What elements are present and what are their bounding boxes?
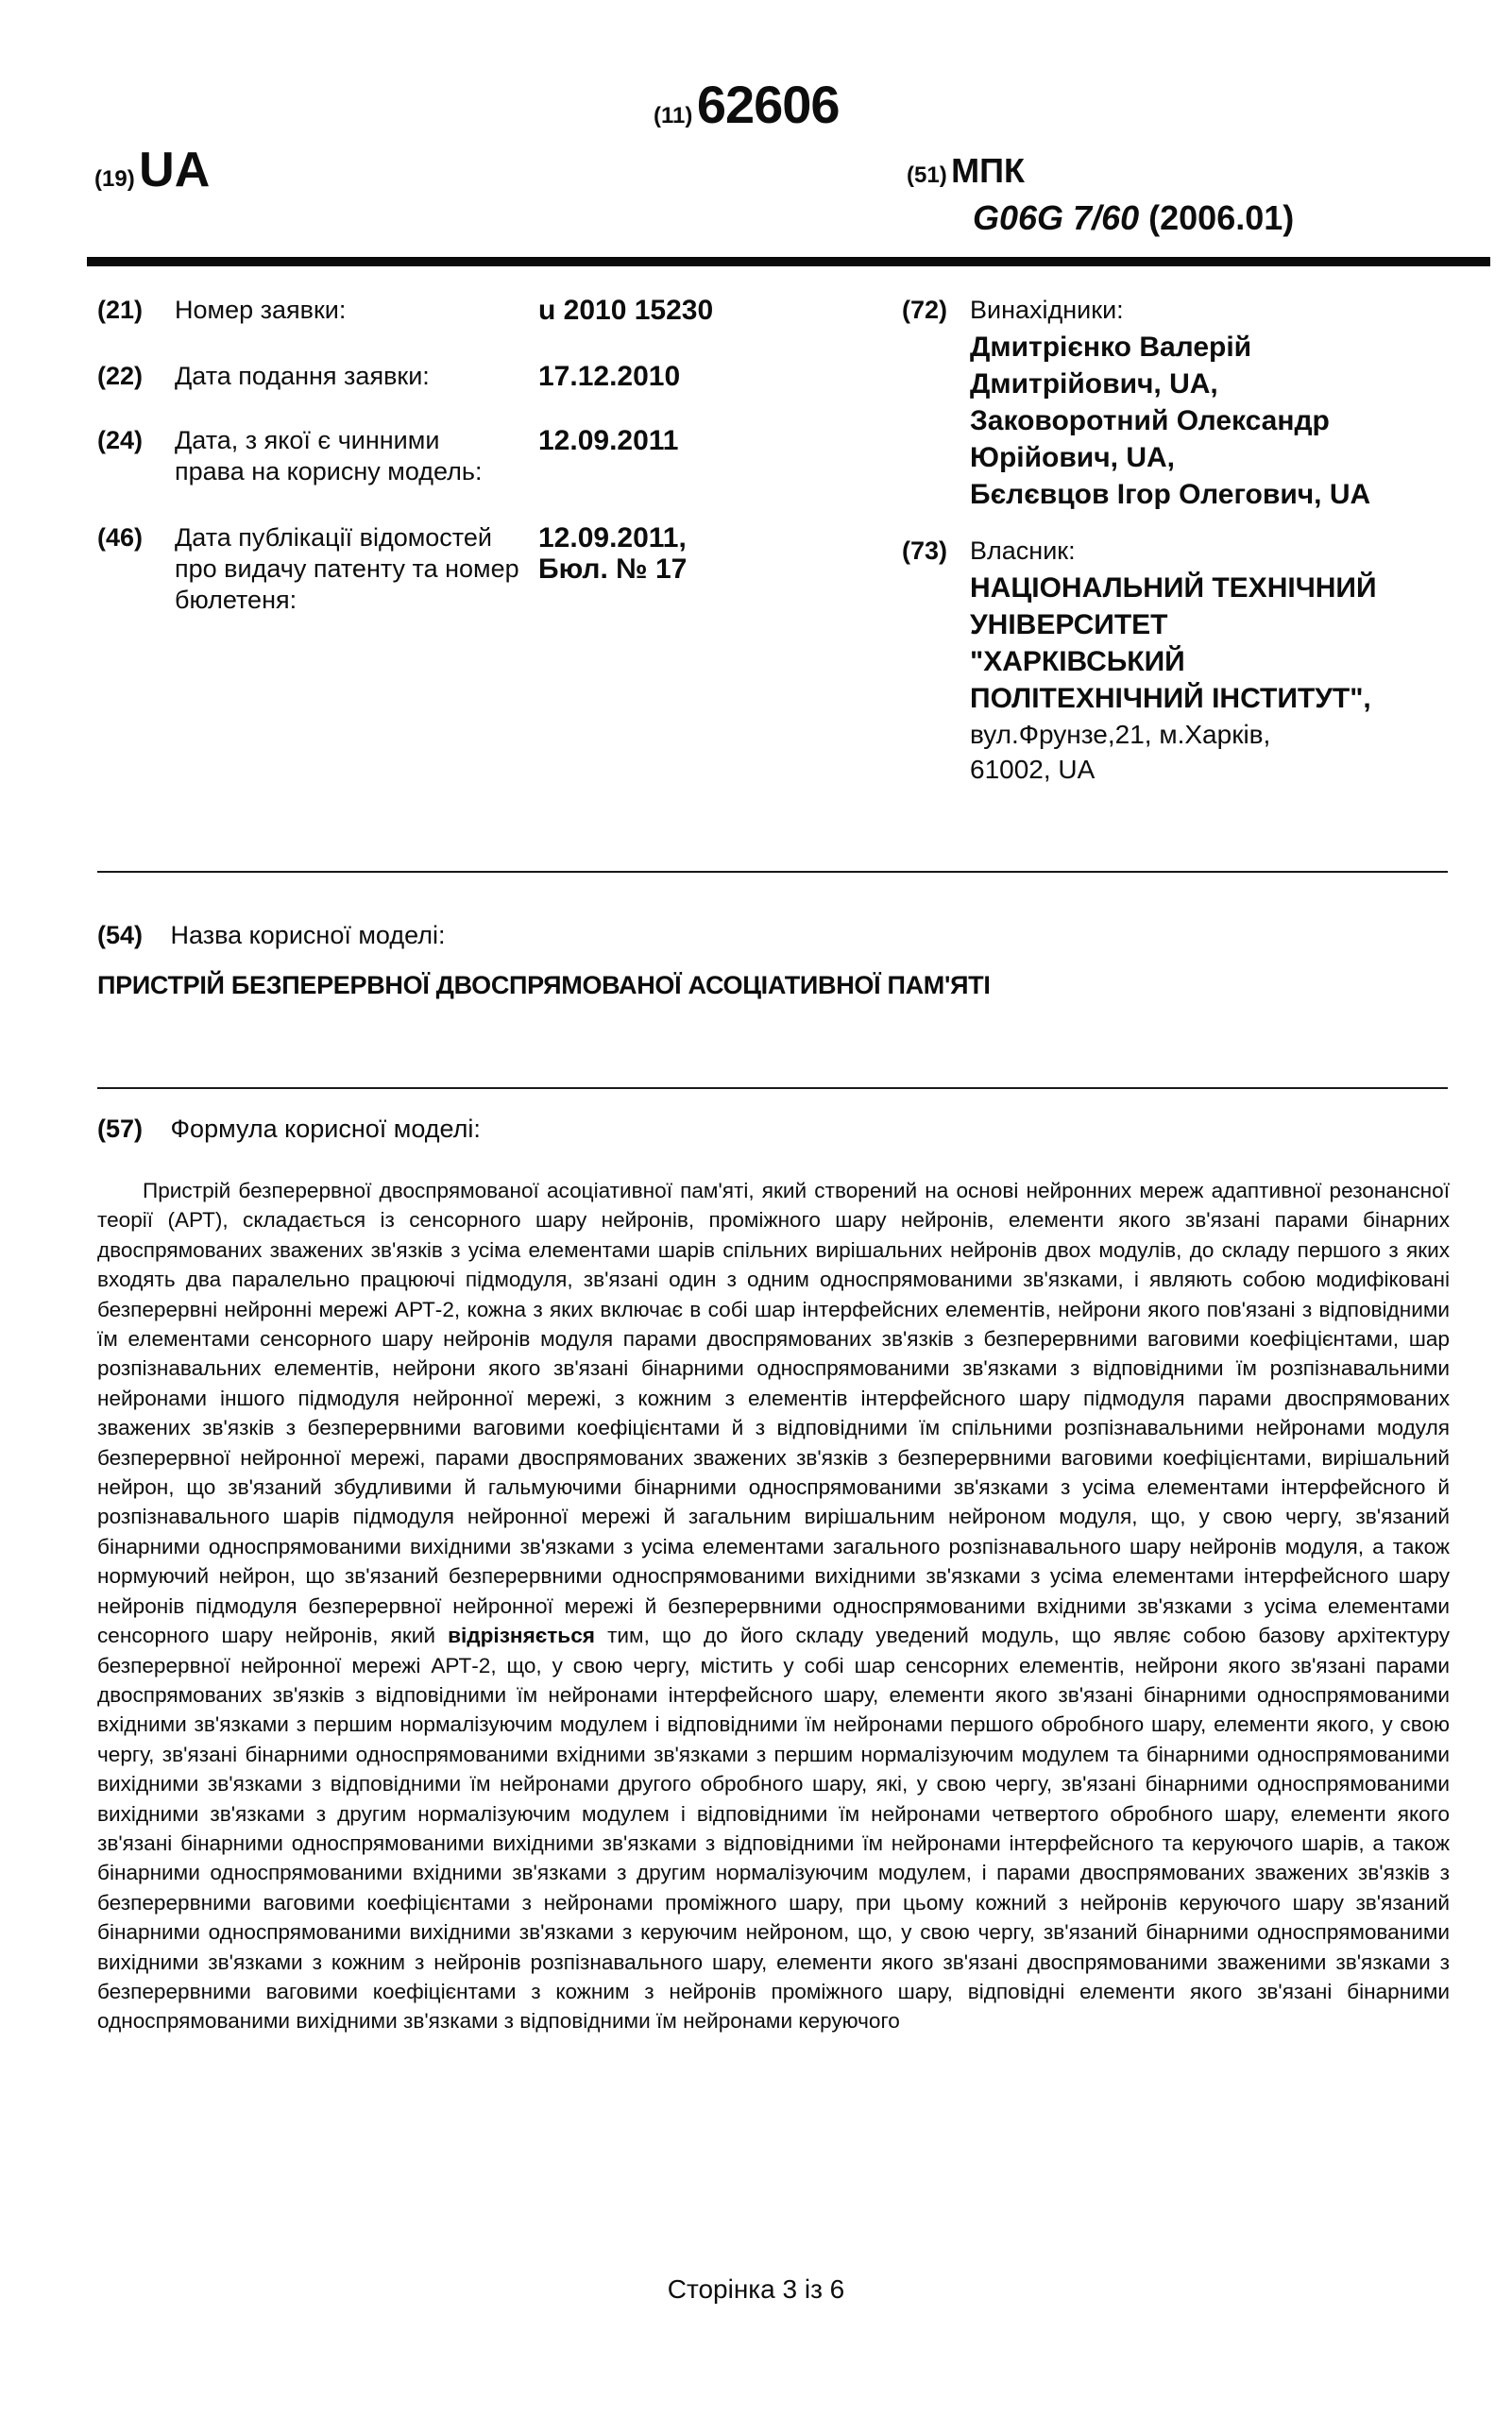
claims-text-part: Пристрій безперервної двоспрямованої асо… [97, 1179, 1450, 1647]
claims-distinguishing-word: відрізняється [448, 1624, 595, 1647]
country-code-label: (19) [94, 166, 135, 192]
owner-address-line: 61002, UA [970, 752, 1499, 787]
section-divider [97, 871, 1448, 873]
field-value: 17.12.2010 [538, 361, 680, 392]
inventor-line: Юрійович, UA, [970, 439, 1499, 476]
field-code: (72) [902, 295, 947, 326]
publication-date-value: 12.09.2011, [538, 522, 687, 553]
publication-number-value: 62606 [697, 75, 840, 134]
publication-number-code: (11) [654, 103, 692, 128]
claims-text-part: тим, що до його складу уведений модуль, … [97, 1624, 1450, 2033]
inventor-line: Заковоротний Олександр [970, 402, 1499, 439]
field-label: Винахідники: [970, 295, 1124, 326]
country-code-value: UA [139, 143, 210, 197]
utility-model-title: ПРИСТРІЙ БЕЗПЕРЕРВНОЇ ДВОСПРЯМОВАНОЇ АСО… [97, 971, 991, 1000]
country-code: (19) UA [94, 142, 210, 198]
ipc-block: (51) МПК [907, 151, 1025, 191]
field-code: (57) [97, 1115, 143, 1143]
field-label: Формула корисної моделі: [171, 1115, 481, 1143]
field-label: Дата, з якої є чинними права на корисну … [175, 425, 515, 487]
publication-number: (11) 62606 [654, 74, 840, 135]
inventor-line: Дмитрійович, UA, [970, 366, 1499, 402]
inventors-list: Дмитрієнко Валерій Дмитрійович, UA, Зако… [970, 329, 1499, 513]
owner-name-line: "ХАРКІВСЬКИЙ [970, 643, 1499, 680]
title-section-header: (54) Назва корисної моделі: [97, 921, 445, 950]
owner-name-line: УНІВЕРСИТЕТ [970, 606, 1499, 643]
field-value: 12.09.2011, Бюл. № 17 [538, 522, 687, 585]
field-label: Номер заявки: [175, 295, 534, 326]
section-divider [97, 1087, 1448, 1089]
inventor-line: Бєлєвцов Ігор Олегович, UA [970, 476, 1499, 513]
field-value: u 2010 15230 [538, 295, 713, 326]
field-label: Власник: [970, 536, 1076, 567]
field-label: Дата публікації відомостей про видачу па… [175, 522, 534, 616]
field-code: (73) [902, 536, 947, 567]
ipc-version: (2006.01) [1148, 198, 1294, 237]
inventor-line: Дмитрієнко Валерій [970, 329, 1499, 366]
owner-name-line: НАЦІОНАЛЬНИЙ ТЕХНІЧНИЙ [970, 570, 1499, 606]
claims-section-header: (57) Формула корисної моделі: [97, 1115, 481, 1144]
ipc-classification: G06G 7/60 (2006.01) [973, 198, 1294, 238]
owner-name: НАЦІОНАЛЬНИЙ ТЕХНІЧНИЙ УНІВЕРСИТЕТ "ХАРК… [970, 570, 1499, 787]
field-code: (54) [97, 921, 143, 949]
page-number: Сторінка 3 із 6 [0, 2274, 1512, 2305]
field-code: (24) [97, 425, 143, 456]
field-label: Дата подання заявки: [175, 361, 534, 392]
claims-text: Пристрій безперервної двоспрямованої асо… [97, 1176, 1450, 2036]
ipc-code-label: (51) [907, 162, 947, 188]
ipc-class: G06G 7/60 [973, 198, 1139, 237]
header-divider [87, 257, 1490, 266]
field-code: (21) [97, 295, 143, 326]
field-code: (22) [97, 361, 143, 392]
ipc-label: МПК [951, 151, 1025, 190]
bulletin-number: Бюл. № 17 [538, 553, 687, 585]
field-label: Назва корисної моделі: [171, 921, 446, 949]
owner-address-line: вул.Фрунзе,21, м.Харків, [970, 717, 1499, 752]
field-code: (46) [97, 522, 143, 553]
field-value: 12.09.2011 [538, 425, 679, 456]
owner-name-line: ПОЛІТЕХНІЧНИЙ ІНСТИТУТ", [970, 680, 1499, 717]
